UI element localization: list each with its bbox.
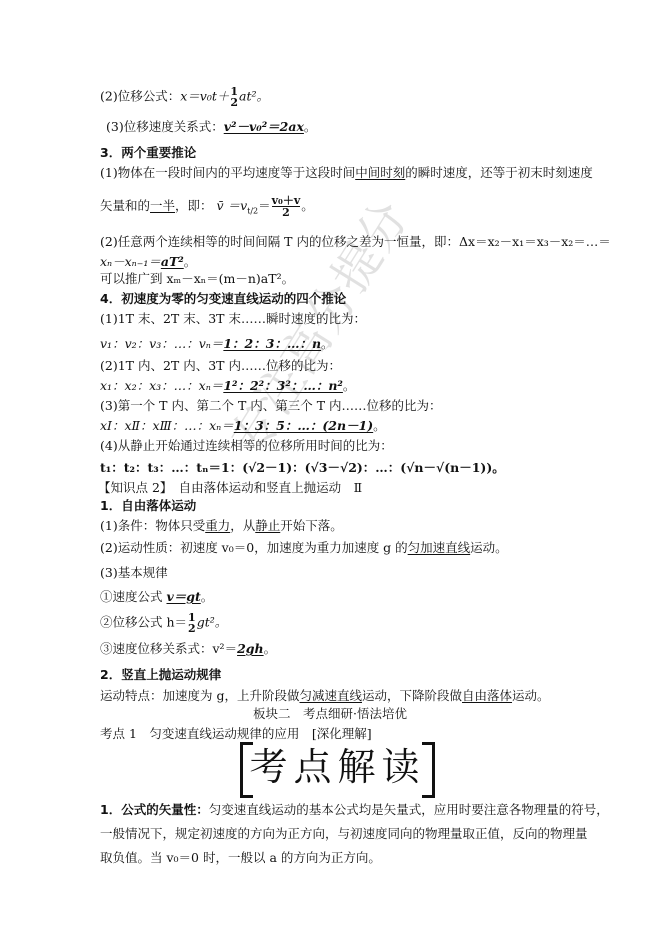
formula: xₙ－xₙ₋₁＝ [100, 254, 161, 269]
text: 开始下落。 [280, 518, 343, 533]
punct: 。 [301, 198, 314, 213]
vertical-throw-features: 运动特点：加速度为 g，上升阶段做匀减速直线运动，下降阶段做自由落体运动。 [100, 688, 550, 704]
label: (2)位移公式： [100, 89, 180, 104]
denominator: 2 [272, 207, 301, 218]
displacement-formula: ②位移公式 h＝12gt²。 [100, 612, 227, 634]
underlined-formula: 1²：2²：3²：…：n² [223, 378, 343, 393]
free-fall-condition: (1)条件：物体只受重力，从静止开始下落。 [100, 518, 343, 534]
ratio-1-label: (1)1T 末、2T 末、3T 末……瞬时速度的比为： [100, 311, 366, 327]
ratio-3-label: (3)第一个 T 内、第二个 T 内、第三个 T 内……位移的比为： [100, 398, 442, 414]
document-page: 专注高分提分 (2)位移公式：x＝v₀t＋12at²。 (3)位移速度关系式：v… [0, 0, 660, 933]
inference-1-line-a: (1)物体在一段时间内的平均速度等于这段时间中间时刻的瞬时速度，还等于初末时刻速… [100, 165, 593, 181]
underlined-formula: aT² [161, 254, 184, 269]
inference-2-line-b: xₙ－xₙ₋₁＝aT²。 [100, 254, 196, 270]
heading-4: 4．初速度为零的匀变速直线运动的四个推论 [100, 291, 346, 307]
punct: 。 [304, 119, 317, 134]
formula: xⅠ：xⅡ：xⅢ：…：xₙ＝ [100, 418, 234, 433]
inference-1-line-b: 矢量和的一半，即： v̄ ＝vt/2＝v₀＋v2。 [100, 195, 314, 220]
underlined-text: 自由落体 [462, 688, 512, 703]
denominator: 2 [188, 623, 196, 634]
text: ②位移公式 h＝ [100, 615, 187, 630]
ratio-2-formula: x₁：x₂：x₃：…：xₙ＝1²：2²：3²：…：n²。 [100, 378, 355, 394]
left-bracket-icon [240, 742, 253, 798]
formula: gt²。 [197, 615, 228, 630]
text: 匀变速直线运动的基本公式均是矢量式，应用时要注意各物理量的符号， [209, 802, 609, 817]
formula: x＝v₀t＋ [180, 89, 229, 104]
punct: 。 [343, 378, 356, 393]
punct: 。 [201, 589, 214, 604]
text: (1)物体在一段时间内的平均速度等于这段时间 [100, 165, 355, 180]
displacement-formula-line: (2)位移公式：x＝v₀t＋12at²。 [100, 86, 269, 108]
text: ，从 [230, 518, 255, 533]
underlined-text: 一半 [150, 198, 175, 213]
formula: v₁：v₂：v₃：…：vₙ＝ [100, 336, 223, 351]
ratio-2-label: (2)1T 内、2T 内、3T 内……位移的比为： [100, 358, 341, 374]
velocity-displacement-formula: ③速度位移关系式：v²＝2gh。 [100, 641, 276, 657]
ratio-3-formula: xⅠ：xⅡ：xⅢ：…：xₙ＝1：3：5：…：(2n－1)。 [100, 418, 386, 434]
section-title: 板块二 考点细研·悟法培优 [0, 706, 660, 722]
punct: 。 [264, 641, 277, 656]
underlined-formula: 2gh [237, 641, 264, 656]
underlined-text: 静止 [255, 518, 280, 533]
fraction: 12 [230, 86, 238, 108]
text: 运动，下降阶段做 [362, 688, 462, 703]
formula-tail: at²。 [239, 89, 269, 104]
free-fall-heading: 1．自由落体运动 [100, 498, 196, 514]
punct: 。 [321, 336, 334, 351]
underlined-text: 中间时刻 [355, 165, 405, 180]
equals: ＝ [258, 198, 271, 213]
text: ①速度公式 [100, 589, 166, 604]
free-fall-nature: (2)运动性质：初速度 v₀＝0，加速度为重力加速度 g 的匀加速直线运动。 [100, 540, 508, 556]
inference-2-line-a: (2)任意两个连续相等的时间间隔 T 内的位移之差为一恒量，即：Δx＝x₂－x₁… [100, 234, 611, 250]
explanation-line-1: 1．公式的矢量性：匀变速直线运动的基本公式均是矢量式，应用时要注意各物理量的符号… [100, 802, 609, 818]
text: ，即： [175, 198, 213, 213]
ratio-4-label: (4)从静止开始通过连续相等的位移所用时间的比为： [100, 438, 393, 454]
fraction: 12 [188, 612, 196, 634]
text: (2)运动性质：初速度 v₀＝0，加速度为重力加速度 g 的 [100, 540, 408, 555]
inference-2-line-c: 可以推广到 xₘ－xₙ＝(m－n)aT²。 [100, 271, 294, 287]
explanation-line-3: 取负值。当 v₀＝0 时，一般以 a 的方向为正方向。 [100, 850, 381, 866]
text: 运动。 [470, 540, 508, 555]
ratio-1-formula: v₁：v₂：v₃：…：vₙ＝1：2：3：…：n。 [100, 336, 334, 352]
text: 运动特点：加速度为 g，上升阶段做 [100, 688, 299, 703]
underlined-formula: v＝gt [166, 589, 200, 604]
text: 矢量和的 [100, 198, 150, 213]
punct: 。 [373, 418, 386, 433]
velocity-displacement-line: (3)位移速度关系式：v²－v₀²＝2ax。 [106, 119, 316, 135]
punct: 。 [184, 254, 197, 269]
fraction: v₀＋v2 [272, 195, 301, 218]
text: 运动。 [512, 688, 550, 703]
underlined-text: 匀加速直线 [408, 540, 471, 555]
formula: v²－v₀²＝2ax [224, 119, 304, 134]
explanation-line-2: 一般情况下，规定初速度的方向为正方向，与初速度同向的物理量取正值，反向的物理量 [100, 826, 588, 842]
text: (1)条件：物体只受 [100, 518, 205, 533]
subscript: t/2 [247, 207, 258, 216]
underlined-formula: 1：3：5：…：(2n－1) [234, 418, 373, 433]
banner-text: 考点解读 [249, 745, 425, 789]
denominator: 2 [230, 97, 238, 108]
underlined-text: 匀减速直线 [299, 688, 362, 703]
text: ③速度位移关系式：v²＝ [100, 641, 237, 656]
basic-laws-label: (3)基本规律 [100, 565, 168, 581]
velocity-formula: ①速度公式 v＝gt。 [100, 589, 213, 605]
exam-point-banner: 考点解读 [240, 740, 435, 794]
text: 的瞬时速度，还等于初末时刻速度 [405, 165, 593, 180]
underlined-text: 重力 [205, 518, 230, 533]
right-bracket-icon [422, 742, 435, 798]
formula: x₁：x₂：x₃：…：xₙ＝ [100, 378, 223, 393]
bold-label: 1．公式的矢量性： [100, 802, 209, 817]
formula: v̄ ＝v [217, 198, 248, 213]
underlined-formula: 1：2：3：…：n [223, 336, 321, 351]
heading-3: 3．两个重要推论 [100, 145, 196, 161]
ratio-4-formula: t₁：t₂：t₃：…：tₙ＝1：(√2－1)：(√3－√2)：…：(√n－√(n… [100, 460, 505, 476]
label: (3)位移速度关系式： [106, 119, 224, 134]
vertical-throw-heading: 2．竖直上抛运动规律 [100, 667, 221, 683]
knowledge-point-2: 【知识点 2】 自由落体运动和竖直上抛运动 Ⅱ [98, 480, 362, 496]
